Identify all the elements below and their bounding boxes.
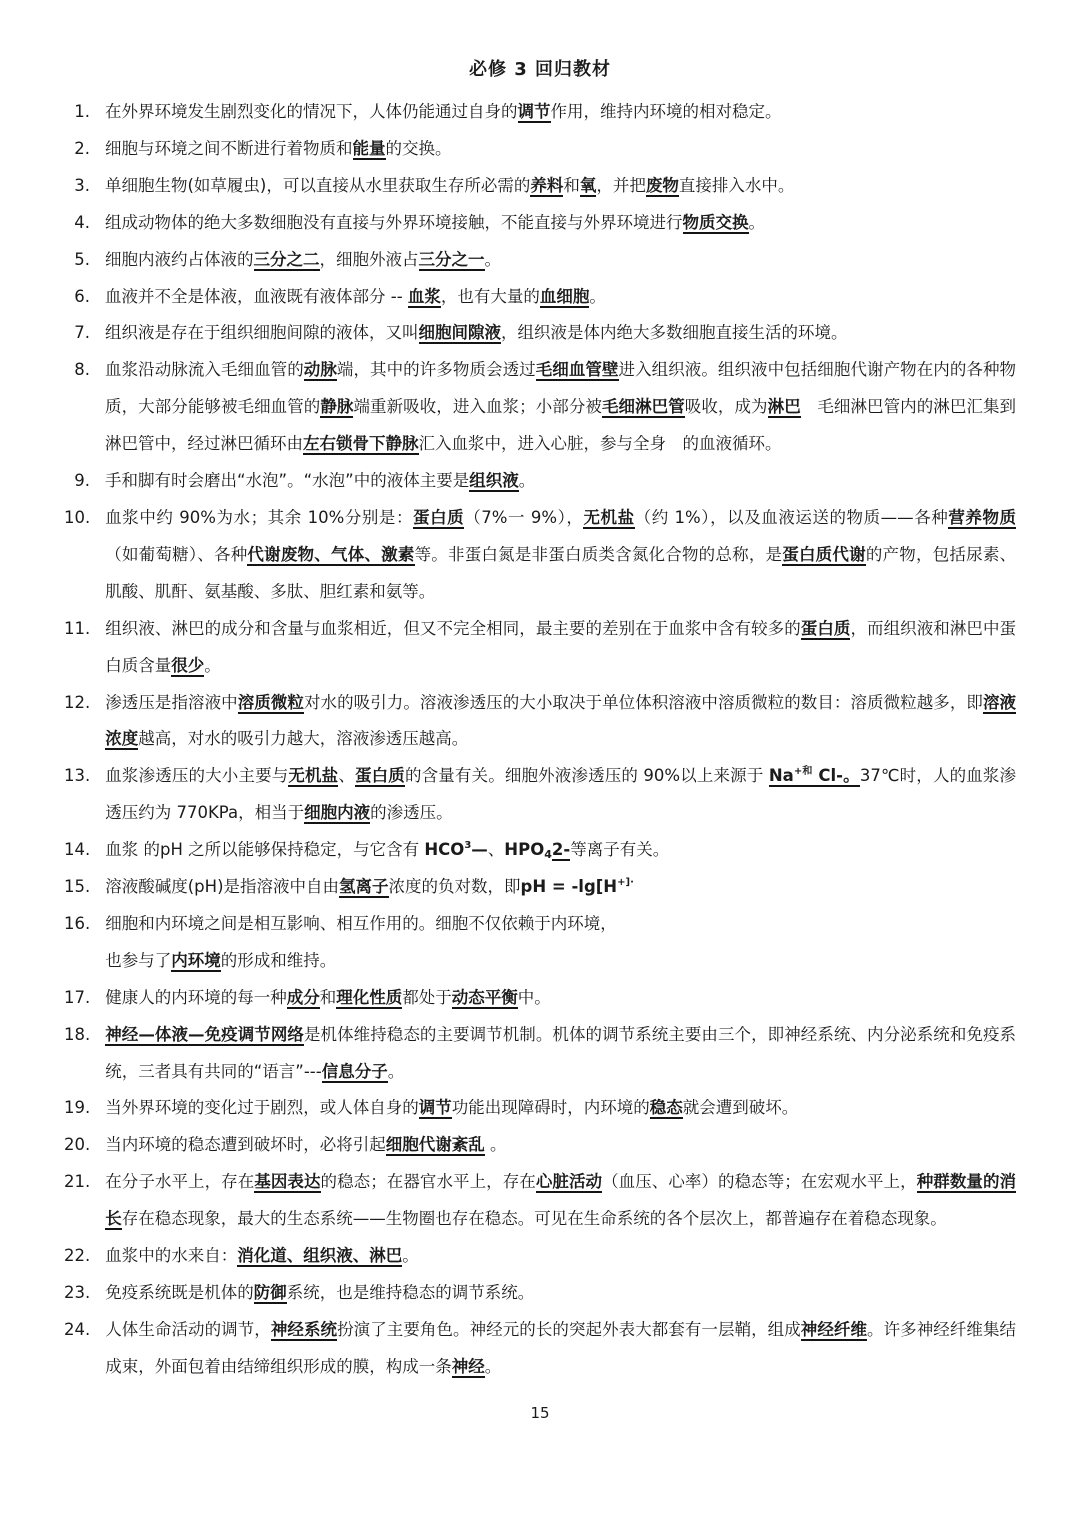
bold-text: 细胞间隙液 [419, 323, 502, 342]
bold-text: 神经 [452, 1357, 485, 1376]
item-text: 单细胞生物(如草履虫)，可以直接从水里获取生存所必需的养料和氧，并把废物直接排入… [105, 168, 1016, 205]
text-run: 也参与了 [105, 951, 171, 970]
text-run: 和 [320, 988, 337, 1007]
list-item: 23.免疫系统既是机体的防御系统，也是维持稳态的调节系统。 [64, 1275, 1016, 1312]
key-term: 血浆 [408, 287, 441, 308]
key-term: 三分之一 [419, 250, 485, 271]
item-number: 7. [64, 315, 90, 352]
text-run: ，细胞外液占 [320, 250, 419, 269]
list-item: 19.当外界环境的变化过于剧烈，或人体自身的调节功能出现障碍时，内环境的稳态就会… [64, 1090, 1016, 1127]
text-run: 细胞与环境之间不断进行着物质和 [105, 139, 353, 158]
item-number: 16. [64, 906, 90, 943]
bold-text: 代谢废物、气体、激素 [247, 545, 414, 564]
text-run: （7%一 9%）， [464, 508, 583, 527]
item-text: 血浆渗透压的大小主要与无机盐、蛋白质的含量有关。细胞外液渗透压的 90%以上来源… [105, 758, 1016, 832]
bold-text: 4 [544, 848, 552, 861]
item-text: 血浆 的pH 之所以能够保持稳定，与它含有 HCO3—、HPO42-等离子有关。 [105, 832, 1016, 869]
bold-text: 无机盐 [583, 508, 634, 527]
text-run: （血压、心率）的稳态等；在宏观水平上， [602, 1172, 917, 1191]
text-run: 浓度的负对数，即 [389, 877, 521, 896]
bold-text: 三分之二 [254, 250, 320, 269]
bold-text: 三分之一 [419, 250, 485, 269]
item-text: 细胞和内环境之间是相互影响、相互作用的。细胞不仅依赖于内环境，也参与了内环境的形… [105, 906, 1016, 980]
text-run: 系统，也是维持稳态的调节系统。 [287, 1283, 535, 1302]
list-item: 2.细胞与环境之间不断进行着物质和能量的交换。 [64, 131, 1016, 168]
key-term: 神经系统 [271, 1320, 337, 1341]
item-text: 血浆沿动脉流入毛细血管的动脉端，其中的许多物质会透过毛细血管壁进入组织液。组织液… [105, 352, 1016, 463]
list-item: 8.血浆沿动脉流入毛细血管的动脉端，其中的许多物质会透过毛细血管壁进入组织液。组… [64, 352, 1016, 463]
key-term: 2- [552, 840, 570, 861]
item-number: 11. [64, 611, 90, 648]
list-item: 7.组织液是存在于组织细胞间隙的液体，又叫细胞间隙液，组织液是体内绝大多数细胞直… [64, 315, 1016, 352]
bold-text: 2- [552, 840, 570, 859]
text-run: 细胞内液约占体液的 [105, 250, 254, 269]
text-run: 渗透压是指溶液中 [105, 693, 237, 712]
text-run: 端重新吸收，进入血浆；小部分被 [353, 397, 601, 416]
list-item: 5.细胞内液约占体液的三分之二，细胞外液占三分之一。 [64, 242, 1016, 279]
bold-text: 防御 [254, 1283, 287, 1302]
bold-text: 动脉 [304, 360, 337, 379]
text-run: ，并把 [596, 176, 646, 195]
key-term: 动态平衡 [452, 988, 518, 1009]
text-run: 直接排入水中。 [679, 176, 795, 195]
text-run: 对水的吸引力。溶液渗透压的大小取决于单位体积溶液中溶质微粒的数目：溶质微粒越多，… [304, 693, 983, 712]
item-number: 4. [64, 205, 90, 242]
text-run: 。 [749, 213, 766, 232]
text-run: ，也有大量的 [441, 287, 540, 306]
text-run: 。 [402, 1246, 419, 1265]
item-number: 6. [64, 279, 90, 316]
item-text: 当内环境的稳态遭到破坏时，必将引起细胞代谢紊乱 。 [105, 1127, 1016, 1164]
text-run: 组织液是存在于组织细胞间隙的液体，又叫 [105, 323, 419, 342]
bold-text: 毛细淋巴管 [602, 397, 685, 416]
text-run: 。 [204, 656, 221, 675]
key-term: 神经纤维 [801, 1320, 867, 1341]
item-text: 血浆中的水来自：消化道、组织液、淋巴。 [105, 1238, 1016, 1275]
bold-text: 细胞代谢紊乱 [386, 1135, 485, 1154]
bold-text: 消化道、组织液、淋巴 [237, 1246, 402, 1265]
bold-text: 淋巴 [768, 397, 801, 416]
text-run: 在外界环境发生剧烈变化的情况下，人体仍能通过自身的 [105, 102, 518, 121]
bold-text: 神经—体液—免疫调节网络 [105, 1025, 304, 1044]
key-term: 氢离子 [339, 877, 389, 898]
key-term: 代谢废物、气体、激素 [247, 545, 414, 566]
bold-text: 物质交换 [683, 213, 749, 232]
bold-text: 溶质微粒 [238, 693, 304, 712]
text-run: 。 [485, 1357, 502, 1376]
text-run: 血浆中的水来自： [105, 1246, 237, 1265]
item-number: 8. [64, 352, 90, 389]
list-item: 22.血浆中的水来自：消化道、组织液、淋巴。 [64, 1238, 1016, 1275]
item-number: 17. [64, 980, 90, 1017]
bold-text: 很少 [171, 656, 204, 675]
document-page: 必修 3 回归教材 1.在外界环境发生剧烈变化的情况下，人体仍能通过自身的调节作… [0, 0, 1080, 1528]
page-number: 15 [64, 1404, 1016, 1422]
item-number: 10. [64, 500, 90, 537]
key-term: 毛细血管壁 [536, 360, 619, 381]
list-item: 20.当内环境的稳态遭到破坏时，必将引起细胞代谢紊乱 。 [64, 1127, 1016, 1164]
bold-text: 左右锁骨下静脉 [303, 434, 419, 453]
item-number: 15. [64, 869, 90, 906]
bold-text: HCO [424, 840, 464, 859]
text-run: 汇入血浆中，进入心脏，参与全身 的血液循环。 [419, 434, 782, 453]
list-item: 11.组织液、淋巴的成分和含量与血浆相近，但又不完全相同，最主要的差别在于血浆中… [64, 611, 1016, 685]
text-run: 细胞和内环境之间是相互影响、相互作用的。细胞不仅依赖于内环境， [105, 914, 617, 933]
bold-text: 无机盐 [288, 766, 338, 785]
bold-text: 氢离子 [339, 877, 389, 896]
key-term: 蛋白质 [413, 508, 464, 529]
item-text: 血液并不全是体液，血液既有液体部分 -- 血浆，也有大量的血细胞。 [105, 279, 1016, 316]
bold-text: 组织液 [469, 471, 519, 490]
text-run: 存在稳态现象，最大的生态系统——生物圈也存在稳态。可见在生命系统的各个层次上，都… [122, 1209, 947, 1228]
text-run: 免疫系统既是机体的 [105, 1283, 254, 1302]
bold-text: 毛细血管壁 [536, 360, 619, 379]
bold-text: 细胞内液 [304, 803, 370, 822]
text-run: 。 [388, 1062, 405, 1081]
text-run: 的形成和维持。 [221, 951, 337, 970]
key-term: 组织液 [469, 471, 519, 492]
key-term: 基因表达 [254, 1172, 320, 1193]
text-run: 越高，对水的吸引力越大，溶液渗透压越高。 [138, 729, 468, 748]
key-term: 三分之二 [254, 250, 320, 271]
item-number: 14. [64, 832, 90, 869]
item-text: 组织液、淋巴的成分和含量与血浆相近，但又不完全相同，最主要的差别在于血浆中含有较… [105, 611, 1016, 685]
text-run: 吸收，成为 [685, 397, 768, 416]
text-run: 健康人的内环境的每一种 [105, 988, 287, 1007]
item-number: 9. [64, 463, 90, 500]
bold-text: 废物 [646, 176, 679, 195]
list-item: 13.血浆渗透压的大小主要与无机盐、蛋白质的含量有关。细胞外液渗透压的 90%以… [64, 758, 1016, 832]
key-term: 稳态 [650, 1098, 683, 1119]
text-run: 就会遭到破坏。 [683, 1098, 799, 1117]
list-item: 4.组成动物体的绝大多数细胞没有直接与外界环境接触，不能直接与外界环境进行物质交… [64, 205, 1016, 242]
bold-text: 蛋白质代谢 [782, 545, 866, 564]
key-term: 左右锁骨下静脉 [303, 434, 419, 455]
key-term: 蛋白质 [355, 766, 405, 787]
key-term: 细胞间隙液 [419, 323, 502, 344]
list-item: 15.溶液酸碱度(pH)是指溶液中自由氢离子浓度的负对数，即pH = -lg[H… [64, 869, 1016, 906]
text-run: 的渗透压。 [370, 803, 453, 822]
item-number: 1. [64, 94, 90, 131]
bold-text: 能量 [353, 139, 386, 158]
key-term: 动脉 [304, 360, 337, 381]
bold-text: 动态平衡 [452, 988, 518, 1007]
text-run: 端，其中的许多物质会透过 [337, 360, 536, 379]
bold-text: 氧 [580, 176, 597, 195]
item-text: 溶液酸碱度(pH)是指溶液中自由氢离子浓度的负对数，即pH = -lg[H+]· [105, 869, 1016, 906]
text-run: 在分子水平上，存在 [105, 1172, 254, 1191]
text-run: 。 [485, 1135, 507, 1154]
list-item: 24.人体生命活动的调节，神经系统扮演了主要角色。神经元的长的突起外表大都套有一… [64, 1312, 1016, 1386]
key-term: 蛋白质代谢 [782, 545, 866, 566]
page-title: 必修 3 回归教材 [64, 56, 1016, 84]
item-number: 18. [64, 1017, 90, 1054]
bold-text: 成分 [287, 988, 320, 1007]
bold-text: 蛋白质 [413, 508, 464, 527]
key-term: 废物 [646, 176, 679, 197]
item-number: 23. [64, 1275, 90, 1312]
key-term: 能量 [353, 139, 386, 160]
bold-text: 信息分子 [322, 1062, 388, 1081]
text-run: 的稳态；在器官水平上，存在 [321, 1172, 536, 1191]
text-run: 组织液、淋巴的成分和含量与血浆相近，但又不完全相同，最主要的差别在于血浆中含有较… [105, 619, 801, 638]
key-term: 心脏活动 [536, 1172, 602, 1193]
item-number: 3. [64, 168, 90, 205]
bold-text: +和 [794, 766, 813, 777]
list-item: 6.血液并不全是体液，血液既有液体部分 -- 血浆，也有大量的血细胞。 [64, 279, 1016, 316]
key-term: 无机盐 [583, 508, 634, 529]
item-number: 2. [64, 131, 90, 168]
text-run: 等。非蛋白氮是非蛋白质类含氮化合物的总称，是 [415, 545, 783, 564]
item-text: 健康人的内环境的每一种成分和理化性质都处于动态平衡中。 [105, 980, 1016, 1017]
text-run: 都处于 [402, 988, 452, 1007]
list-item: 12.渗透压是指溶液中溶质微粒对水的吸引力。溶液渗透压的大小取决于单位体积溶液中… [64, 685, 1016, 759]
bold-text: 心脏活动 [536, 1172, 602, 1191]
item-number: 22. [64, 1238, 90, 1275]
text-run: ，组织液是体内绝大多数细胞直接生活的环境。 [501, 323, 848, 342]
bold-text: — [471, 840, 488, 859]
list-item: 9.手和脚有时会磨出“水泡”。“水泡”中的液体主要是组织液。 [64, 463, 1016, 500]
item-text: 手和脚有时会磨出“水泡”。“水泡”中的液体主要是组织液。 [105, 463, 1016, 500]
item-text: 组织液是存在于组织细胞间隙的液体，又叫细胞间隙液，组织液是体内绝大多数细胞直接生… [105, 315, 1016, 352]
item-list: 1.在外界环境发生剧烈变化的情况下，人体仍能通过自身的调节作用，维持内环境的相对… [64, 94, 1016, 1386]
text-run: （如葡萄糖）、各种 [105, 545, 247, 564]
text-run: 、 [338, 766, 355, 785]
key-term: 调节 [419, 1098, 452, 1119]
text-run: 血浆沿动脉流入毛细血管的 [105, 360, 304, 379]
key-term: 毛细淋巴管 [602, 397, 685, 418]
key-term: 蛋白质 [801, 619, 851, 640]
key-term: 无机盐 [288, 766, 338, 787]
item-text: 渗透压是指溶液中溶质微粒对水的吸引力。溶液渗透压的大小取决于单位体积溶液中溶质微… [105, 685, 1016, 759]
item-number: 13. [64, 758, 90, 795]
item-text: 细胞内液约占体液的三分之二，细胞外液占三分之一。 [105, 242, 1016, 279]
item-number: 24. [64, 1312, 90, 1349]
bold-text: 蛋白质 [355, 766, 405, 785]
text-run: 、 [488, 840, 505, 859]
item-text: 在分子水平上，存在基因表达的稳态；在器官水平上，存在心脏活动（血压、心率）的稳态… [105, 1164, 1016, 1238]
bold-text: 营养物质 [948, 508, 1016, 527]
item-number: 19. [64, 1090, 90, 1127]
list-item: 18.神经—体液—免疫调节网络是机体维持稳态的主要调节机制。机体的调节系统主要由… [64, 1017, 1016, 1091]
bold-text: HPO [504, 840, 544, 859]
bold-text: pH = -lg[H [521, 877, 618, 896]
item-number: 12. [64, 685, 90, 722]
bold-text: 内环境 [171, 951, 221, 970]
text-run: 。 [519, 471, 536, 490]
key-term: 很少 [171, 656, 204, 677]
text-run: （约 1%），以及血液运送的物质——各种 [635, 508, 949, 527]
text-run: 当内环境的稳态遭到破坏时，必将引起 [105, 1135, 386, 1154]
text-run: 血液并不全是体液，血液既有液体部分 -- [105, 287, 408, 306]
text-run: 。 [485, 250, 502, 269]
key-term: 神经—体液—免疫调节网络 [105, 1025, 304, 1046]
bold-text: 调节 [518, 102, 551, 121]
bold-text: 稳态 [650, 1098, 683, 1117]
text-run: 手和脚有时会磨出“水泡”。“水泡”中的液体主要是 [105, 471, 469, 490]
key-term: 氧 [580, 176, 597, 197]
list-item: 16.细胞和内环境之间是相互影响、相互作用的。细胞不仅依赖于内环境，也参与了内环… [64, 906, 1016, 980]
key-term: 信息分子 [322, 1062, 388, 1083]
text-run: 扮演了主要角色。神经元的长的突起外表大都套有一层鞘，组成 [337, 1320, 801, 1339]
item-text: 血浆中约 90%为水；其余 10%分别是：蛋白质（7%一 9%），无机盐（约 1… [105, 500, 1016, 611]
key-term: 营养物质 [948, 508, 1016, 529]
text-run: 血浆渗透压的大小主要与 [105, 766, 288, 785]
text-run: 。 [589, 287, 606, 306]
item-text: 在外界环境发生剧烈变化的情况下，人体仍能通过自身的调节作用，维持内环境的相对稳定… [105, 94, 1016, 131]
key-term: 神经 [452, 1357, 485, 1378]
bold-text: 蛋白质 [801, 619, 851, 638]
text-run: 血浆 的pH 之所以能够保持稳定，与它含有 [105, 840, 424, 859]
list-item: 21.在分子水平上，存在基因表达的稳态；在器官水平上，存在心脏活动（血压、心率）… [64, 1164, 1016, 1238]
bold-text: 理化性质 [336, 988, 402, 1007]
bold-text: 血细胞 [540, 287, 590, 306]
item-text: 人体生命活动的调节，神经系统扮演了主要角色。神经元的长的突起外表大都套有一层鞘，… [105, 1312, 1016, 1386]
bold-text: 调节 [419, 1098, 452, 1117]
key-term: 淋巴 [768, 397, 801, 418]
list-item: 3.单细胞生物(如草履虫)，可以直接从水里获取生存所必需的养料和氧，并把废物直接… [64, 168, 1016, 205]
bold-text: Na [769, 766, 794, 785]
bold-text: +]· [617, 877, 634, 888]
text-run: 溶液酸碱度(pH)是指溶液中自由 [105, 877, 339, 896]
item-number: 21. [64, 1164, 90, 1201]
text-run: 中。 [518, 988, 551, 1007]
key-term: 血细胞 [540, 287, 590, 308]
item-text: 神经—体液—免疫调节网络是机体维持稳态的主要调节机制。机体的调节系统主要由三个，… [105, 1017, 1016, 1091]
text-run: 人体生命活动的调节， [105, 1320, 271, 1339]
text-run: 组成动物体的绝大多数细胞没有直接与外界环境接触，不能直接与外界环境进行 [105, 213, 683, 232]
bold-text: 血浆 [408, 287, 441, 306]
key-term: 消化道、组织液、淋巴 [237, 1246, 402, 1267]
bold-text: 静脉 [320, 397, 353, 416]
key-term: 溶质微粒 [238, 693, 304, 714]
item-number: 20. [64, 1127, 90, 1164]
text-run: 的交换。 [386, 139, 452, 158]
key-term: 静脉 [320, 397, 353, 418]
key-term: 物质交换 [683, 213, 749, 234]
key-term: 成分 [287, 988, 320, 1009]
item-text: 当外界环境的变化过于剧烈，或人体自身的调节功能出现障碍时，内环境的稳态就会遭到破… [105, 1090, 1016, 1127]
item-text: 细胞与环境之间不断进行着物质和能量的交换。 [105, 131, 1016, 168]
bold-text: Cl-。 [813, 766, 860, 785]
text-run: 等离子有关。 [570, 840, 669, 859]
key-term: 防御 [254, 1283, 287, 1304]
text-run: 功能出现障碍时，内环境的 [452, 1098, 650, 1117]
bold-text: 神经纤维 [801, 1320, 867, 1339]
key-term: 养料 [530, 176, 563, 197]
text-run: 当外界环境的变化过于剧烈，或人体自身的 [105, 1098, 419, 1117]
key-term: 调节 [518, 102, 551, 123]
key-term: Na+和 Cl-。 [769, 766, 860, 787]
bold-text: 养料 [530, 176, 563, 195]
list-item: 10.血浆中约 90%为水；其余 10%分别是：蛋白质（7%一 9%），无机盐（… [64, 500, 1016, 611]
bold-text: 基因表达 [254, 1172, 320, 1191]
list-item: 17.健康人的内环境的每一种成分和理化性质都处于动态平衡中。 [64, 980, 1016, 1017]
key-term: 细胞代谢紊乱 [386, 1135, 485, 1156]
item-number: 5. [64, 242, 90, 279]
list-item: 14.血浆 的pH 之所以能够保持稳定，与它含有 HCO3—、HPO42-等离子… [64, 832, 1016, 869]
key-term: 理化性质 [336, 988, 402, 1009]
key-term: 内环境 [171, 951, 221, 972]
item-text: 免疫系统既是机体的防御系统，也是维持稳态的调节系统。 [105, 1275, 1016, 1312]
bold-text: 神经系统 [271, 1320, 337, 1339]
text-run: 作用，维持内环境的相对稳定。 [551, 102, 782, 121]
list-item: 1.在外界环境发生剧烈变化的情况下，人体仍能通过自身的调节作用，维持内环境的相对… [64, 94, 1016, 131]
text-run: 单细胞生物(如草履虫)，可以直接从水里获取生存所必需的 [105, 176, 530, 195]
text-run: 的含量有关。细胞外液渗透压的 90%以上来源于 [405, 766, 769, 785]
text-run: 和 [563, 176, 580, 195]
key-term: 细胞内液 [304, 803, 370, 824]
text-run: 血浆中约 90%为水；其余 10%分别是： [105, 508, 413, 527]
item-text: 组成动物体的绝大多数细胞没有直接与外界环境接触，不能直接与外界环境进行物质交换。 [105, 205, 1016, 242]
